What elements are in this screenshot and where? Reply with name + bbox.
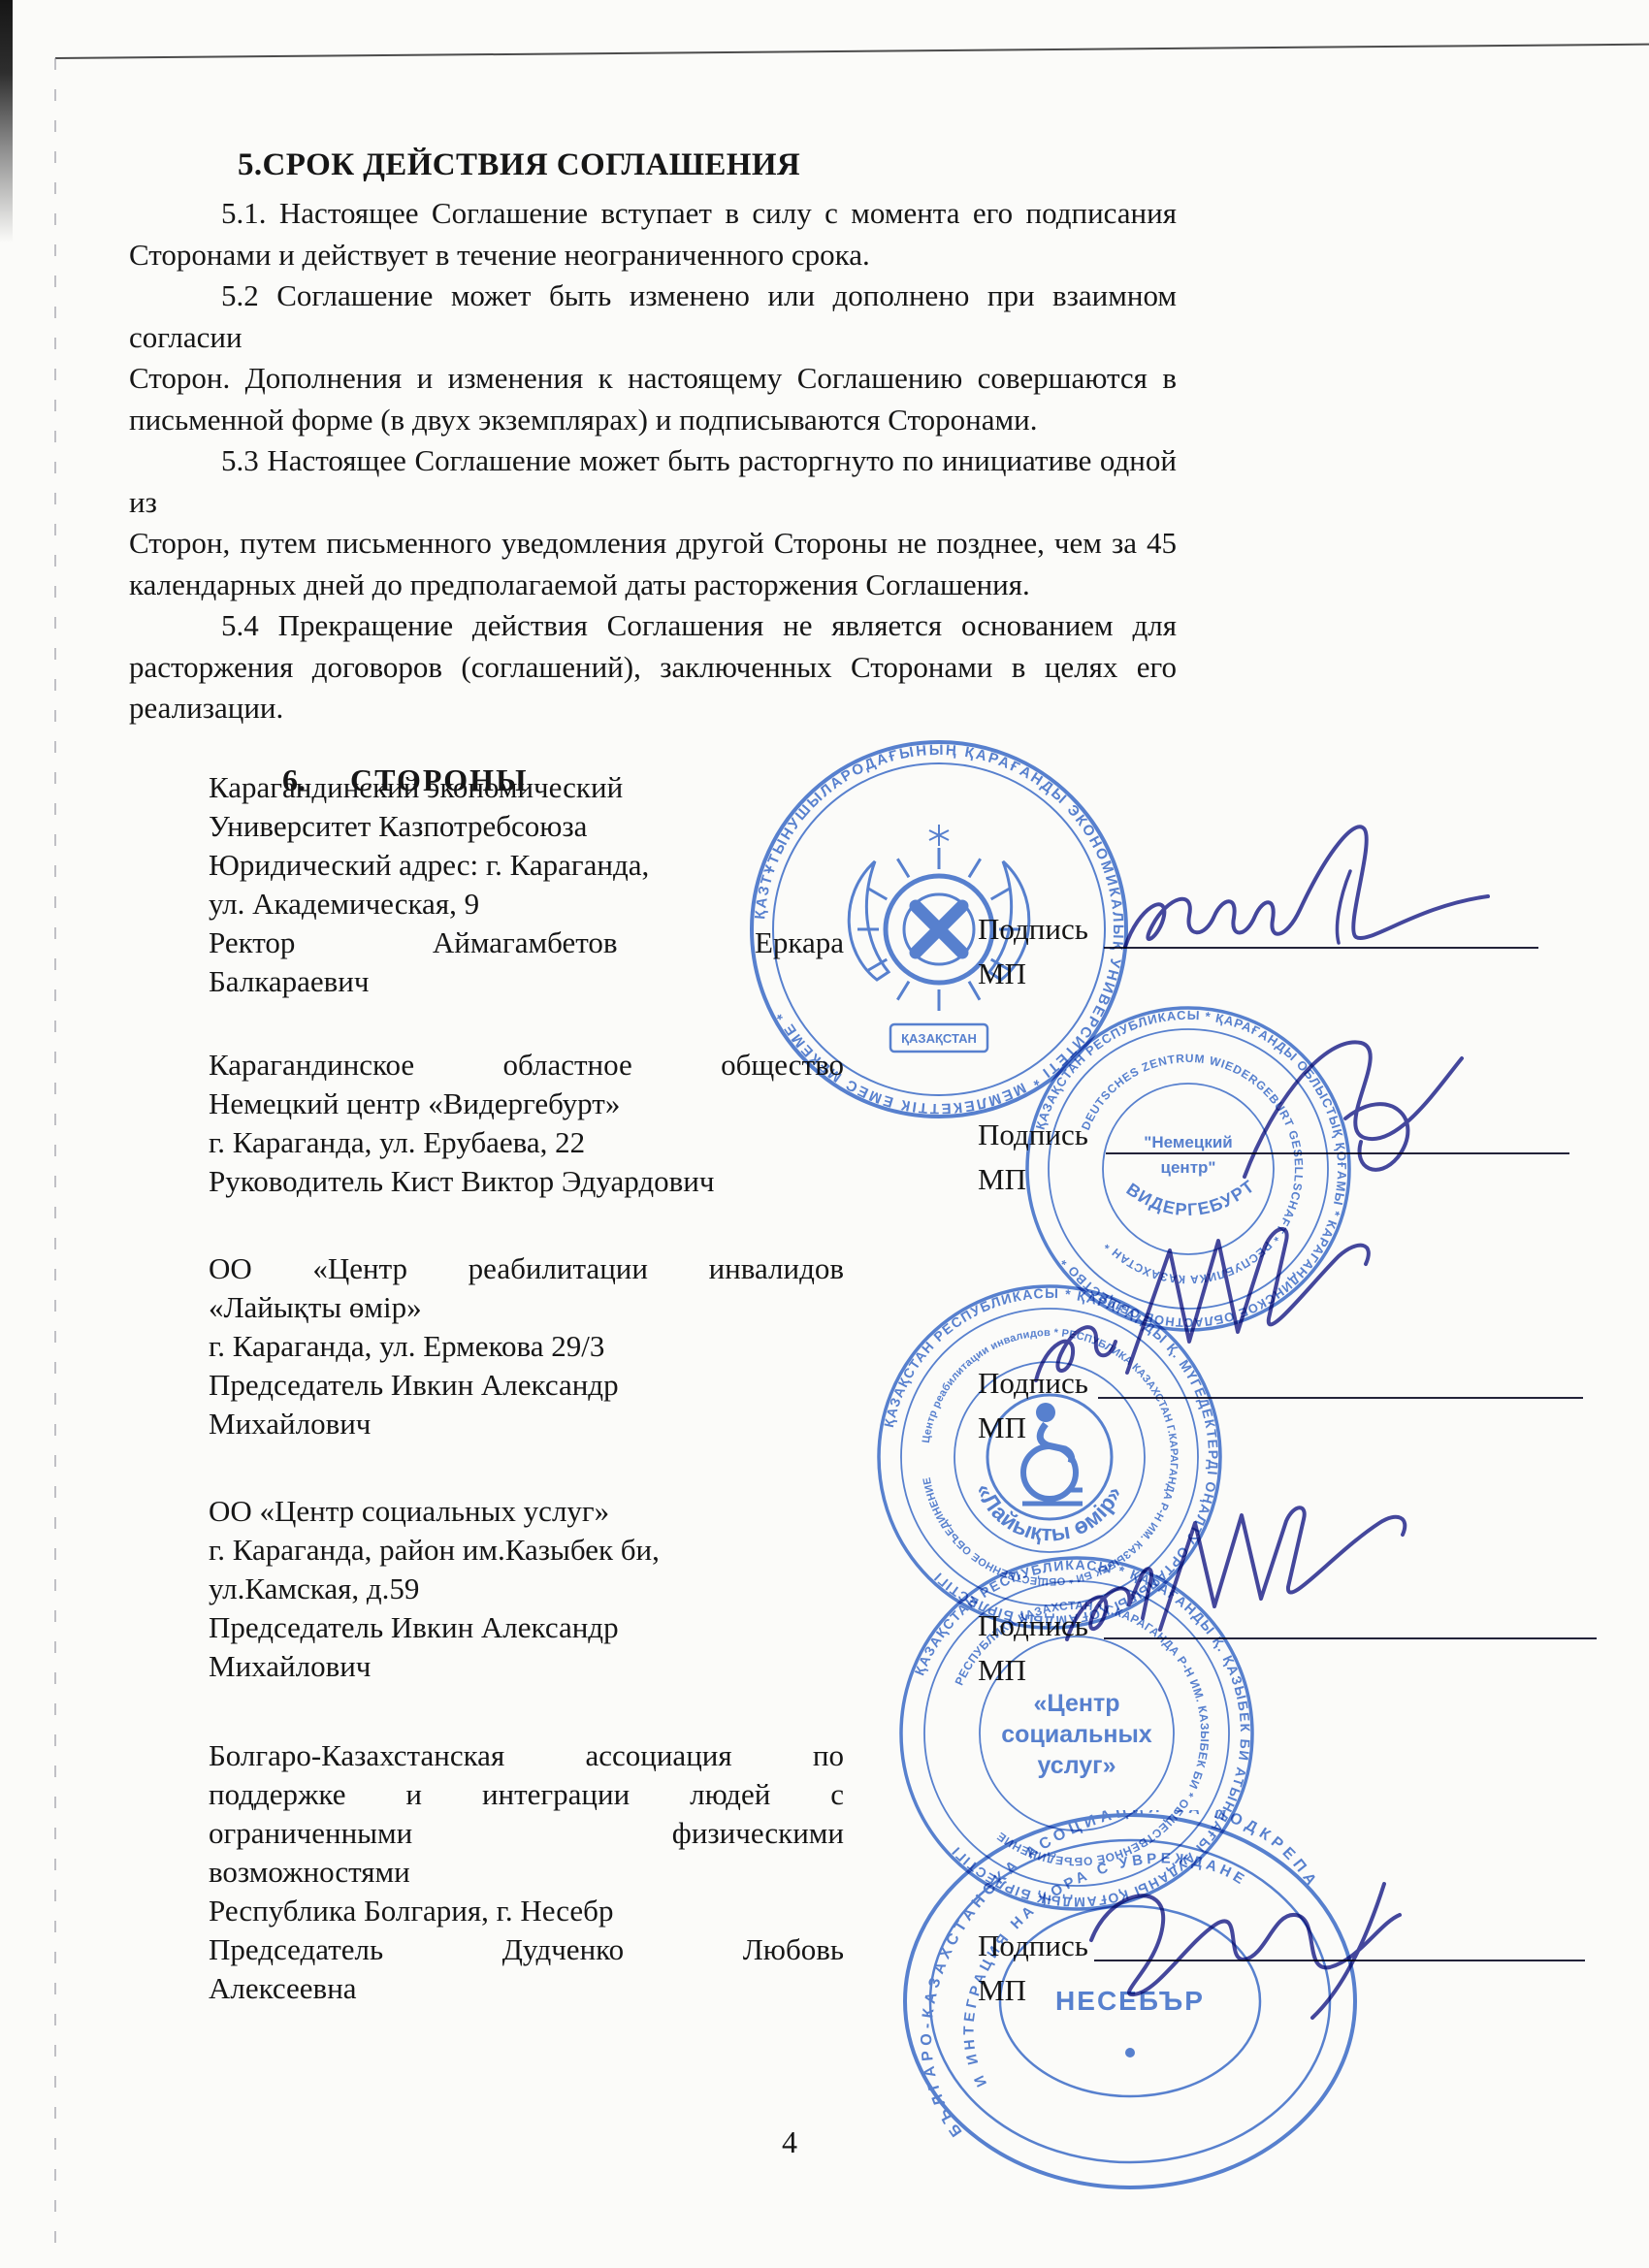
party-line: Михайлович <box>209 1405 844 1443</box>
stamp-center-text: «Центр <box>1034 1690 1120 1717</box>
party-block-laiykty-omir: ОО «Центр реабилитации инвалидов «Лайықт… <box>209 1249 844 1443</box>
section-5-heading: 5.СРОК ДЕЙСТВИЯ СОГЛАШЕНИЯ <box>238 147 1177 183</box>
party-line: г. Караганда, район им.Казыбек би, <box>209 1531 844 1570</box>
party-line: «Лайықты өмір» <box>209 1288 844 1327</box>
party-block-social-services: ОО «Центр социальных услуг» г. Караганда… <box>209 1492 844 1686</box>
stamp-center-text: социальных <box>1001 1721 1152 1748</box>
stamp-center-text: услуг» <box>1038 1752 1116 1779</box>
paragraph-line: Сторон. Дополнения и изменения к настоящ… <box>129 358 1177 400</box>
page-number: 4 <box>782 2124 797 2160</box>
seal-label: МП <box>978 1160 1026 1199</box>
party-line: Председатель Ивкин Александр <box>209 1608 844 1647</box>
paragraph-line: письменной форме (в двух экземплярах) и … <box>129 400 1177 441</box>
paragraph-line: 5.4 Прекращение действия Соглашения не я… <box>129 605 1177 647</box>
section-5: 5.СРОК ДЕЙСТВИЯ СОГЛАШЕНИЯ 5.1. Настояще… <box>129 136 1177 798</box>
signature-kist-icon <box>1217 1014 1489 1208</box>
paragraph-line: Сторонами и действует в течение неограни… <box>129 235 1177 276</box>
paragraph-line: календарных дней до предполагаемой даты … <box>129 565 1177 606</box>
scan-top-edge-line <box>55 44 1649 59</box>
party-block-bulgarian-association: Болгаро-Казахстанская ассоциация по подд… <box>209 1736 844 2008</box>
party-line: возможностями <box>209 1853 844 1892</box>
signature-ivkin-icon <box>1018 1217 1436 1411</box>
party-line: Председатель Дудченко Любовь <box>209 1930 844 1969</box>
party-line: Болгаро-Казахстанская ассоциация по <box>209 1736 844 1775</box>
stamp-center-text: центр" <box>1161 1158 1216 1177</box>
paragraph-line: реализации. <box>129 688 1177 729</box>
party-line: ограниченными физическими <box>209 1814 844 1853</box>
stamp-banner-text: ҚАЗАҚСТАН <box>901 1031 977 1046</box>
party-line: Алексеевна <box>209 1969 844 2008</box>
party-line: Республика Болгария, г. Несебр <box>209 1892 844 1930</box>
party-line: г. Караганда, ул. Ермекова 29/3 <box>209 1327 844 1366</box>
signature-dudchenko-icon <box>1072 1872 1460 2037</box>
party-line: ОО «Центр социальных услуг» <box>209 1492 844 1531</box>
paragraph-line: расторжения договоров (соглашений), закл… <box>129 647 1177 689</box>
party-line: Михайлович <box>209 1647 844 1686</box>
party-line: поддержке и интеграции людей с <box>209 1775 844 1814</box>
party-line: Руководитель Кист Виктор Эдуардович <box>209 1162 844 1201</box>
scan-left-edge-line <box>54 58 56 2260</box>
party-line: Председатель Ивкин Александр <box>209 1366 844 1405</box>
scanned-agreement-page: 5.СРОК ДЕЙСТВИЯ СОГЛАШЕНИЯ 5.1. Настояще… <box>0 0 1649 2268</box>
stamp-center-dot <box>1125 2048 1135 2057</box>
scan-corner-artifact <box>0 0 13 243</box>
signature-ivkin2-icon <box>1048 1494 1474 1669</box>
signature-rector-icon <box>1096 813 1503 988</box>
paragraph-line: Сторон, путем письменного уведомления др… <box>129 523 1177 565</box>
paragraph-line: 5.2 Соглашение может быть изменено или д… <box>129 275 1177 358</box>
wheelchair-icon <box>1022 1403 1083 1504</box>
party-line: ОО «Центр реабилитации инвалидов <box>209 1249 844 1288</box>
paragraph-line: 5.3 Настоящее Соглашение может быть раст… <box>129 440 1177 523</box>
party-line: г. Караганда, ул. Ерубаева, 22 <box>209 1123 844 1162</box>
party-line: ул.Камская, д.59 <box>209 1570 844 1608</box>
paragraph-line: 5.1. Настоящее Соглашение вступает в сил… <box>129 193 1177 235</box>
